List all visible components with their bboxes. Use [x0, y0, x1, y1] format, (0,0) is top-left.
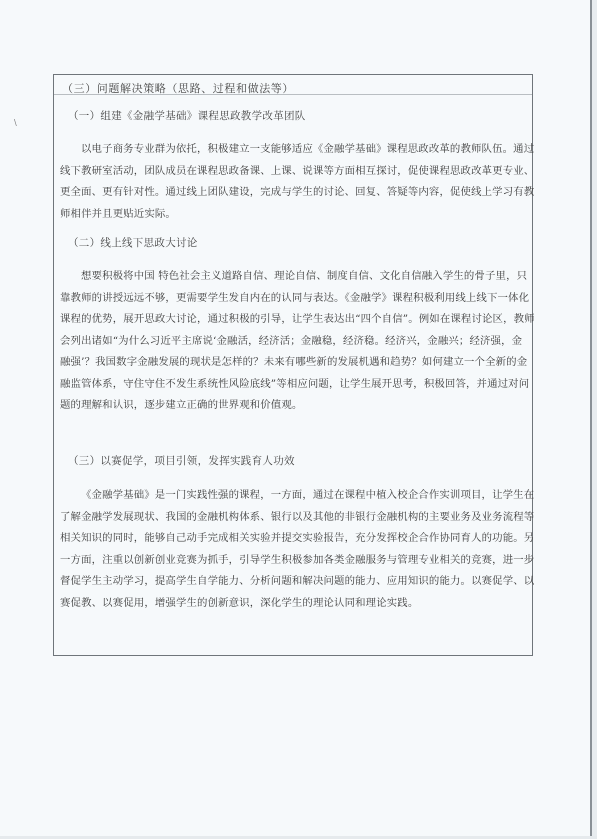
paragraph-line: 融强’？我国数字金融发展的现状是怎样的？未来有哪些新的发展机遇和趋势？如何建立一…: [60, 352, 528, 374]
paragraph-line: 想要积极将中国 特色社会主义道路自信、理论自信、制度自信、文化自信融入学生的骨子…: [60, 266, 528, 288]
subsection-1-paragraph: 以电子商务专业群为依托，积极建立一支能够适应《金融学基础》课程思政改革的教师队伍…: [60, 139, 528, 225]
section-divider: [54, 94, 532, 95]
paragraph-line: 靠教师的讲授远远不够，更需要学生发自内在的认同与表达。《金融学》课程积极利用线上…: [60, 288, 528, 310]
paragraph-line: 以电子商务专业群为依托，积极建立一支能够适应《金融学基础》课程思政改革的教师队伍…: [60, 139, 528, 161]
paragraph-line: 更全面、更有针对性。通过线上团队建设，完成与学生的讨论、回复、答疑等内容，促使线…: [60, 182, 528, 204]
paragraph-line: 一方面，注重以创新创业竞赛为抓手，引导学生积极参加各类金融服务与管理专业相关的竞…: [60, 550, 528, 572]
paragraph-line: 会列出诸如“为什么习近平主席说‘金融活，经济活；金融稳，经济稳。经济兴，金融兴；…: [60, 331, 528, 353]
paragraph-line: 师相伴并且更贴近实际。: [60, 204, 528, 226]
scan-border-shade: [592, 0, 597, 839]
paragraph-line: 《金融学基础》是一门实践性强的课程，一方面，通过在课程中植入校企合作实训项目，让…: [60, 485, 528, 507]
paragraph-line: 督促学生主动学习，提高学生自学能力、分析问题和解决问题的能力、应用知识的能力。以…: [60, 571, 528, 593]
stray-scan-mark: \: [14, 118, 17, 127]
paragraph-line: 了解金融学发展现状、我国的金融机构体系、银行以及其他的非银行金融机构的主要业务及…: [60, 507, 528, 529]
paragraph-line: 课程的优势，展开思政大讨论，通过积极的引导，让学生表达出“四个自信”。例如在课程…: [60, 309, 528, 331]
paragraph-line: 线下教研室活动，团队成员在课程思政备课、上课、说课等方面相互探讨，促使课程思政改…: [60, 161, 528, 183]
paragraph-line: 融监管体系，守住守住不发生系统性风险底线”等相应问题，让学生展开思考，积极回答，…: [60, 374, 528, 396]
subsection-2-paragraph: 想要积极将中国 特色社会主义道路自信、理论自信、制度自信、文化自信融入学生的骨子…: [60, 266, 528, 417]
paragraph-line: 赛促教、以赛促用，增强学生的创新意识，深化学生的理论认同和理论实践。: [60, 593, 528, 615]
subsection-2-heading: （二）线上线下思政大讨论: [68, 235, 198, 250]
strategy-section-box: （三）问题解决策略（思路、过程和做法等） （一）组建《金融学基础》课程思政教学改…: [53, 74, 533, 656]
subsection-3-heading: （三）以赛促学，项目引领，发挥实践育人功效: [68, 453, 295, 468]
subsection-1-heading: （一）组建《金融学基础》课程思政教学改革团队: [68, 108, 306, 123]
scan-edge-line: [590, 0, 592, 839]
paragraph-line: 相关知识的同时，能够自己动手完成相关实验并提交实验报告，充分发挥校企合作协同育人…: [60, 528, 528, 550]
paragraph-line: 题的理解和认识，逐步建立正确的世界观和价值观。: [60, 395, 528, 417]
subsection-3-paragraph: 《金融学基础》是一门实践性强的课程，一方面，通过在课程中植入校企合作实训项目，让…: [60, 485, 528, 614]
